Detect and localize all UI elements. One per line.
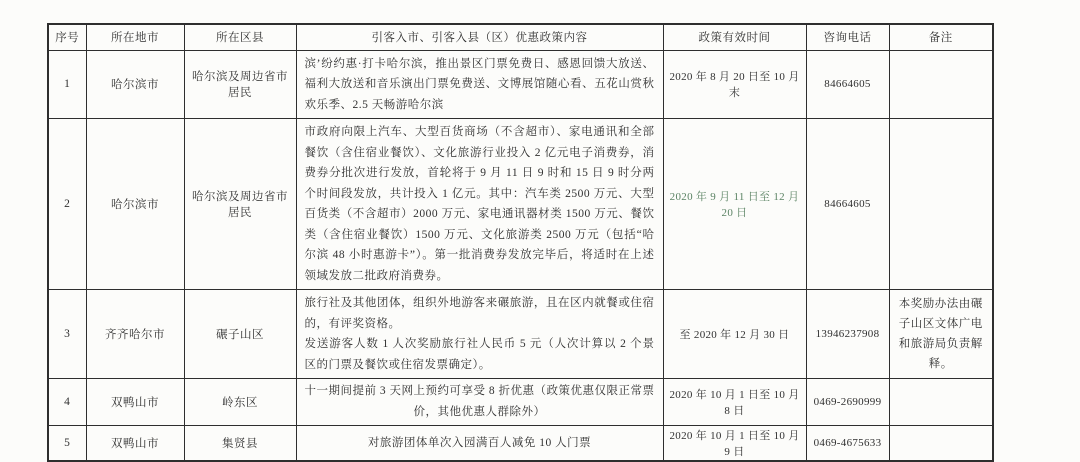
cell-no: 5 (48, 426, 86, 452)
table-row: 5 双鸭山市 集贤县 对旅游团体单次入园满百人减免 10 人门票 2020 年 … (48, 426, 993, 452)
cell-city: 双鸭山市 (86, 426, 184, 452)
cell-policy: 对旅游团体单次入园满百人减免 10 人门票 (296, 426, 663, 452)
table-row: 4 双鸭山市 岭东区 十一期间提前 3 天网上预约可享受 8 折优惠（政策优惠仅… (48, 379, 993, 426)
col-header-policy: 引客入市、引客入县（区）优惠政策内容 (296, 24, 663, 50)
cell-city: 哈尔滨市 (86, 50, 184, 119)
table-header-row: 序号 所在地市 所在区县 引客入市、引客入县（区）优惠政策内容 政策有效时间 咨… (48, 24, 993, 50)
table-row: 1 哈尔滨市 哈尔滨及周边省市居民 滨’纷约惠·打卡哈尔滨，推出景区门票免费日、… (48, 50, 993, 119)
cell-policy: 旅行社及其他团体，组织外地游客来碾旅游，且在区内就餐或住宿的，有评奖资格。 发送… (296, 290, 663, 379)
policy-paragraph: 滨’纷约惠·打卡哈尔滨，推出景区门票免费日、感恩回馈大放送、福利大放送和音乐演出… (305, 54, 655, 116)
cell-phone: 84664605 (806, 119, 889, 290)
table-row: 3 齐齐哈尔市 碾子山区 旅行社及其他团体，组织外地游客来碾旅游，且在区内就餐或… (48, 290, 993, 379)
cell-phone: 84664605 (806, 50, 889, 119)
policy-paragraph: 对旅游团体单次入园满百人减免 10 人门票 (302, 433, 658, 452)
policy-paragraph: 旅行社及其他团体，组织外地游客来碾旅游，且在区内就餐或住宿的，有评奖资格。 (305, 293, 655, 334)
cell-remark: 本奖励办法由碾子山区文体广电和旅游局负责解释。 (889, 290, 993, 379)
cell-no: 4 (48, 379, 86, 426)
cell-no: 1 (48, 50, 86, 119)
cell-valid-time: 至 2020 年 12 月 30 日 (663, 290, 806, 379)
cell-district: 岭东区 (184, 379, 296, 426)
col-header-valid-time: 政策有效时间 (663, 24, 806, 50)
cell-valid-time: 2020 年 10 月 1 日至 10 月 8 日 (663, 379, 806, 426)
cell-district: 碾子山区 (184, 290, 296, 379)
col-header-phone: 咨询电话 (806, 24, 889, 50)
cell-policy: 市政府向限上汽车、大型百货商场（不含超市）、家电通讯和全部餐饮（含住宿业餐饮）、… (296, 119, 663, 290)
cell-policy: 滨’纷约惠·打卡哈尔滨，推出景区门票免费日、感恩回馈大放送、福利大放送和音乐演出… (296, 50, 663, 119)
policy-paragraph: 市政府向限上汽车、大型百货商场（不含超市）、家电通讯和全部餐饮（含住宿业餐饮）、… (305, 122, 655, 286)
col-header-remark: 备注 (889, 24, 993, 50)
cell-city: 哈尔滨市 (86, 119, 184, 290)
cell-valid-time: 2020 年 10 月 1 日至 10 月 9 日 (663, 426, 806, 452)
cell-valid-time: 2020 年 9 月 11 日至 12 月 20 日 (663, 119, 806, 290)
cell-city: 齐齐哈尔市 (86, 290, 184, 379)
cell-remark (889, 379, 993, 426)
policy-paragraph: 发送游客人数 1 人次奖励旅行社人民币 5 元（人次计算以 2 个景区的门票及餐… (305, 334, 655, 375)
cell-district: 哈尔滨及周边省市居民 (184, 119, 296, 290)
cell-phone: 13946237908 (806, 290, 889, 379)
cell-no: 2 (48, 119, 86, 290)
col-header-no: 序号 (48, 24, 86, 50)
table-row: 2 哈尔滨市 哈尔滨及周边省市居民 市政府向限上汽车、大型百货商场（不含超市）、… (48, 119, 993, 290)
policy-document: 序号 所在地市 所在区县 引客入市、引客入县（区）优惠政策内容 政策有效时间 咨… (47, 23, 994, 451)
col-header-city: 所在地市 (86, 24, 184, 50)
cell-district: 哈尔滨及周边省市居民 (184, 50, 296, 119)
cell-no: 3 (48, 290, 86, 379)
cell-remark (889, 426, 993, 452)
cell-phone: 0469-4675633 (806, 426, 889, 452)
cell-city: 双鸭山市 (86, 379, 184, 426)
policy-table: 序号 所在地市 所在区县 引客入市、引客入县（区）优惠政策内容 政策有效时间 咨… (47, 23, 994, 451)
cell-policy: 十一期间提前 3 天网上预约可享受 8 折优惠（政策优惠仅限正常票价，其他优惠人… (296, 379, 663, 426)
policy-paragraph: 十一期间提前 3 天网上预约可享受 8 折优惠（政策优惠仅限正常票价，其他优惠人… (302, 381, 658, 423)
col-header-district: 所在区县 (184, 24, 296, 50)
cell-remark (889, 50, 993, 119)
cell-district: 集贤县 (184, 426, 296, 452)
cell-valid-time: 2020 年 8 月 20 日至 10 月末 (663, 50, 806, 119)
cell-remark (889, 119, 993, 290)
cell-phone: 0469-2690999 (806, 379, 889, 426)
